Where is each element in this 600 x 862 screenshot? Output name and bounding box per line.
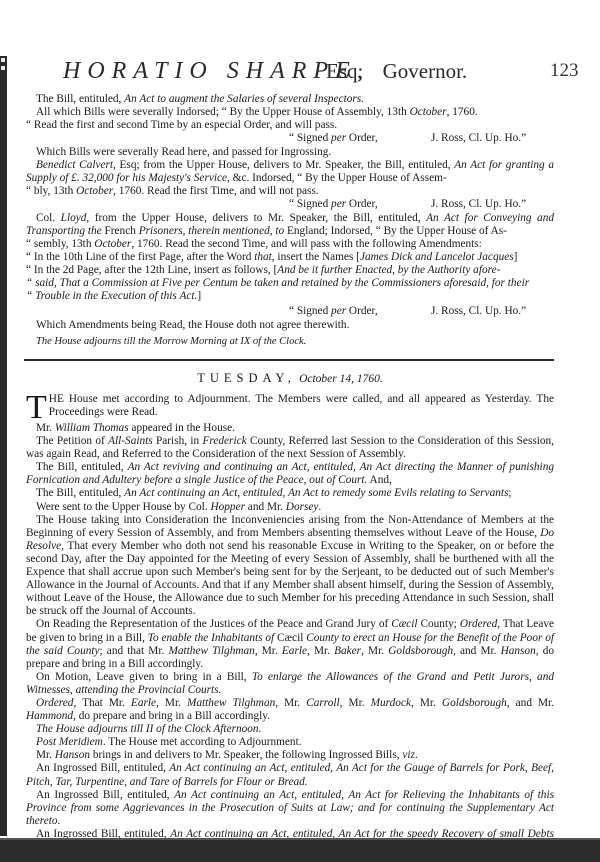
scan-bottom-edge (0, 838, 600, 862)
paragraph: The Bill, entituled, An Act to augment t… (26, 93, 554, 106)
paragraph: Ordered, That Mr. Earle, Mr. Matthew Til… (26, 697, 554, 723)
paragraph: “ In the 2d Page, after the 12th Line, i… (26, 264, 554, 277)
scan-left-edge (0, 56, 7, 836)
day-heading: TUESDAY, October 14, 1760. (26, 370, 554, 387)
paragraph: Benedict Calvert, Esq; from the Upper Ho… (26, 159, 554, 185)
signature-line: “ Signed per Order,J. Ross, Cl. Up. Ho.” (26, 198, 554, 212)
drop-cap: T (26, 394, 47, 422)
paragraph: Col. Lloyd, from the Upper House, delive… (26, 212, 554, 238)
section-divider (24, 359, 554, 361)
paragraph: An Ingrossed Bill, entituled, An Act con… (26, 762, 554, 788)
paragraph: The House taking into Consideration the … (26, 514, 554, 619)
running-head-title: Esq; Governor. (326, 59, 467, 84)
paragraph: “ sembly, 13th October, 1760. Read the s… (26, 238, 554, 251)
paragraph: The Bill, entituled, An Act continuing a… (26, 487, 554, 500)
day-heading-day: TUESDAY, (197, 371, 296, 385)
paragraph: “ Trouble in the Execution of this Act.] (26, 290, 554, 303)
paragraph: An Ingrossed Bill, entituled, An Act con… (26, 789, 554, 828)
paragraph: The Petition of All-Saints Parish, in Fr… (26, 435, 554, 461)
document-page: HORATIO SHARPE, Esq; Governor. 123 The B… (26, 58, 554, 862)
section-october-13: The Bill, entituled, An Act to augment t… (26, 93, 554, 348)
paragraph: All which Bills were severally Indorsed;… (26, 106, 554, 119)
paragraph: The Bill, entituled, An Act reviving and… (26, 461, 554, 487)
paragraph: Which Amendments being Read, the House d… (26, 319, 554, 332)
page-number: 123 (550, 60, 579, 82)
signature-line: “ Signed per Order,J. Ross, Cl. Up. Ho.” (26, 132, 554, 146)
section-october-14: THE House met according to Adjournment. … (26, 393, 554, 862)
paragraph: “ said, That a Commission at Five per Ce… (26, 277, 554, 290)
running-head: HORATIO SHARPE, Esq; Governor. 123 (26, 58, 554, 86)
adjournment-note: The House adjourns till the Morrow Morni… (26, 335, 554, 348)
scan-mark (1, 58, 5, 62)
paragraph: “ bly, 13th October, 1760. Read the firs… (26, 185, 554, 198)
paragraph: On Reading the Representation of the Jus… (26, 618, 554, 670)
adjournment-note: The House adjourns till II of the Clock … (26, 723, 554, 736)
paragraph: Post Meridiem. The House met according t… (26, 736, 554, 749)
paragraph: Mr. Hanson brings in and delivers to Mr.… (26, 749, 554, 762)
paragraph: “ Read the first and second Time by an e… (26, 119, 554, 132)
paragraph: “ In the 10th Line of the first Page, af… (26, 251, 554, 264)
signature-line: “ Signed per Order,J. Ross, Cl. Up. Ho.” (26, 305, 554, 319)
paragraph: Which Bills were severally Read here, an… (26, 146, 554, 159)
scan-mark (1, 66, 5, 70)
day-heading-date: October 14, 1760. (299, 373, 383, 385)
running-head-name: HORATIO SHARPE, (63, 58, 370, 85)
paragraph: Were sent to the Upper House by Col. Hop… (26, 501, 554, 514)
paragraph: Mr. William Thomas appeared in the House… (26, 422, 554, 435)
paragraph-opening: THE House met according to Adjournment. … (26, 393, 554, 419)
paragraph: On Motion, Leave given to bring in a Bil… (26, 671, 554, 697)
